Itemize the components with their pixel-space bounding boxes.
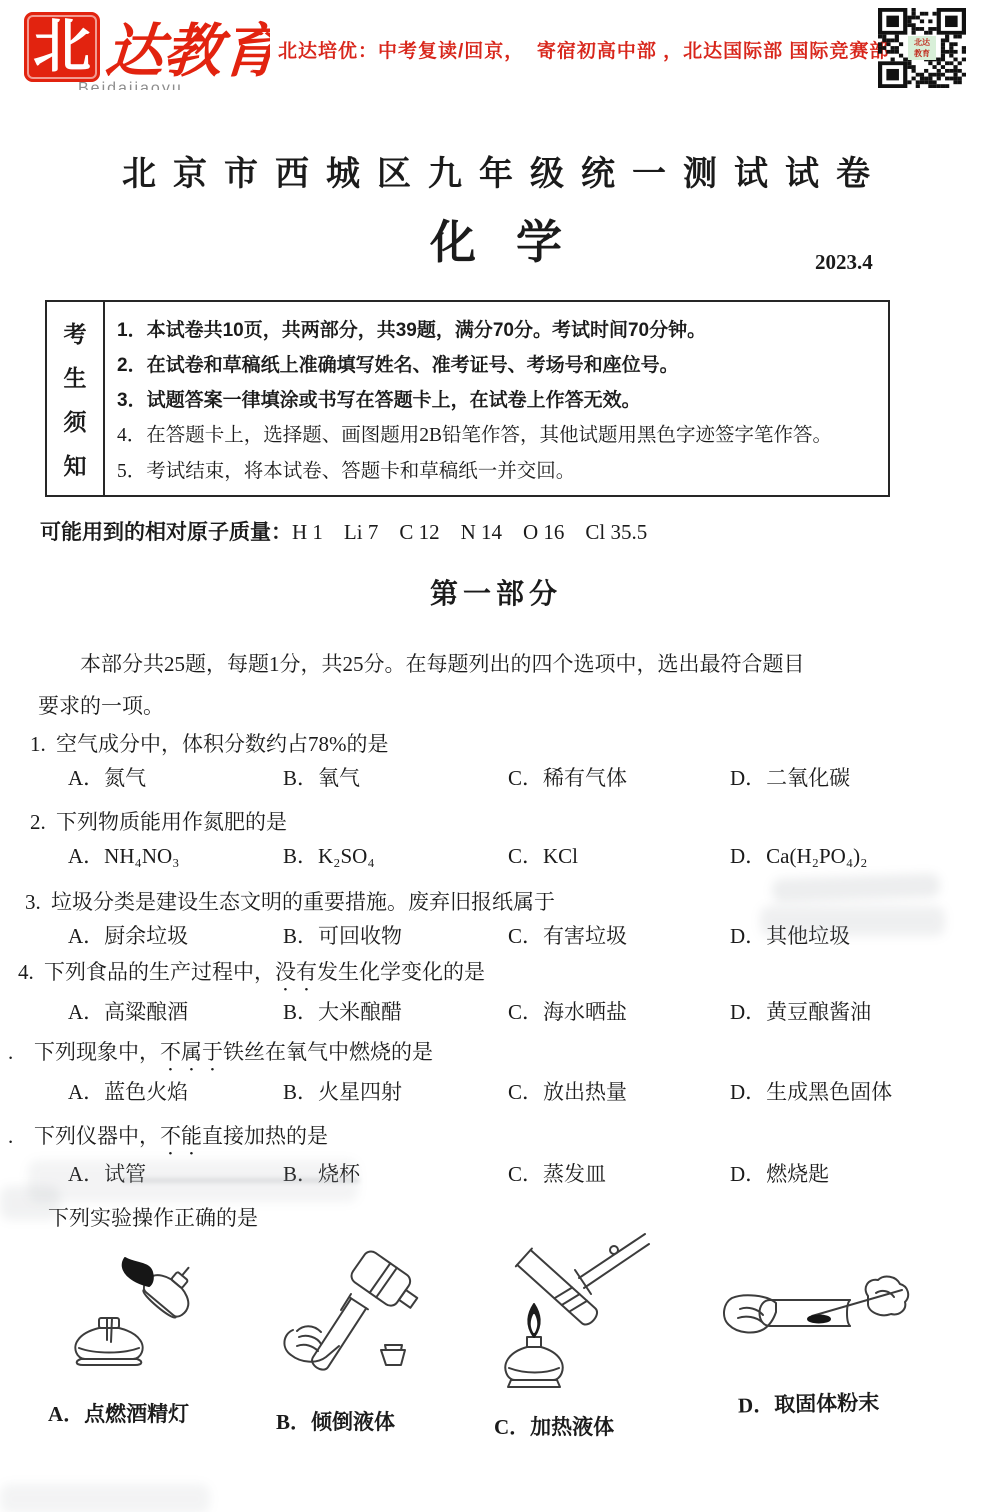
figure-a-label: A．点燃酒精灯 (48, 1398, 189, 1428)
question-text-emphasis: 不属于 (160, 1040, 223, 1064)
option-c: C．蒸发皿 (508, 1158, 730, 1188)
qr-center-line1: 北达 (908, 37, 936, 48)
part1-heading: 第一部分 (0, 572, 992, 612)
question-5-options: A．蓝色火焰 B．火星四射 C．放出热量 D．生成黑色固体 (68, 1076, 978, 1106)
question-7-figures: A．点燃酒精灯 B．倾倒液体 C．加热液体 D．取固体粉末 (0, 1228, 992, 1468)
scan-artifact (772, 873, 941, 903)
atomic-mass-values: H 1 Li 7 C 12 N 14 O 16 Cl 35.5 (292, 520, 647, 544)
option-a: A．厨余垃圾 (68, 920, 283, 950)
option-a: A．NH₄NO₃ (68, 840, 283, 870)
alcohol-lamp-lighting-icon (55, 1256, 215, 1376)
option-b: B．大米酿醋 (283, 996, 508, 1026)
option-c: C．有害垃圾 (508, 920, 730, 950)
question-text: 下列仪器中， (34, 1124, 160, 1148)
question-number: . (8, 1040, 28, 1065)
notice-side-label: 考 生 须 知 (47, 302, 105, 495)
scan-artifact (0, 1186, 60, 1220)
option-b: B．K₂SO₄ (283, 840, 508, 870)
question-text: 下列食品的生产过程中， (44, 960, 275, 984)
scan-artifact (0, 1484, 210, 1512)
figure-c-label: C．加热液体 (494, 1411, 614, 1441)
question-number: 4. (18, 960, 38, 985)
paper-date: 2023.4 (815, 250, 873, 275)
option-c: C．稀有气体 (508, 762, 730, 792)
qr-code: 北达 教育 (878, 8, 966, 88)
scan-artifact (122, 1178, 360, 1183)
question-number: 3. (25, 890, 45, 915)
logo-text: 达教育 (103, 8, 270, 88)
question-text-emphasis: 不能 (160, 1124, 202, 1148)
question-text: 垃圾分类是建设生态文明的重要措施。废弃旧报纸属于 (51, 890, 555, 914)
notice-side-char: 知 (64, 448, 87, 481)
question-text: 下列物质能用作氮肥的是 (56, 810, 287, 834)
notice-item: 2．在试卷和草稿纸上准确填写姓名、准考证号、考场号和座位号。 (117, 350, 882, 377)
option-c: C．放出热量 (508, 1076, 730, 1106)
paper-title: 北京市西城区九年级统一测试试卷 (0, 146, 992, 195)
scan-artifact (760, 906, 945, 936)
logo-subtext: Beidajiaoyu (78, 80, 183, 90)
pouring-liquid-icon (265, 1238, 430, 1390)
option-b: B．火星四射 (283, 1076, 508, 1106)
exam-paper-page: 北 达教育 Beidajiaoyu 北达培优：中考复读/回京， 寄宿初高中部 ，… (0, 0, 992, 1512)
notice-item: 4．在答题卡上，选择题、画图题用2B铅笔作答，其他试题用黑色字迹签字笔作答。 (117, 419, 882, 447)
question-text: 下列现象中， (34, 1040, 160, 1064)
question-text: 发生化学变化的是 (317, 960, 485, 984)
heating-liquid-icon (487, 1228, 652, 1400)
notice-side-char: 生 (64, 360, 87, 393)
question-number: 2. (30, 810, 50, 835)
question-text: 空气成分中，体积分数约占78%的是 (56, 732, 389, 756)
part1-intro-line2: 要求的一项。 (38, 690, 164, 720)
question-text: 下列实验操作正确的是 (48, 1206, 258, 1230)
question-6-stem: .下列仪器中，不能直接加热的是 (8, 1120, 328, 1160)
question-1-options: A．氮气 B．氧气 C．稀有气体 D．二氧化碳 (68, 762, 978, 792)
option-b: B．可回收物 (283, 920, 508, 950)
header-tagline: 北达培优：中考复读/回京， 寄宿初高中部 ，北达国际部 国际竞赛部 (278, 36, 889, 63)
option-a: A．高粱酿酒 (68, 996, 283, 1026)
notice-items: 1．本试卷共10页，共两部分，共39题，满分70分。考试时间70分钟。 2．在试… (105, 302, 888, 495)
qr-center-label: 北达 教育 (908, 36, 936, 60)
taking-powder-icon (718, 1270, 913, 1358)
question-4-stem: 4.下列食品的生产过程中，没有发生化学变化的是 (18, 956, 485, 996)
option-d: D．黄豆酿酱油 (730, 996, 978, 1026)
question-text-emphasis: 没有 (275, 960, 317, 984)
figure-d-label: D．取固体粉末 (738, 1387, 880, 1420)
part1-intro-line1: 本部分共25题，每题1分，共25分。在每题列出的四个选项中，选出最符合题目 (38, 648, 805, 678)
notice-item: 3．试题答案一律填涂或书写在答题卡上，在试卷上作答无效。 (117, 385, 882, 412)
question-text: 直接加热的是 (202, 1124, 328, 1148)
option-a: A．蓝色火焰 (68, 1076, 283, 1106)
notice-side-char: 考 (64, 316, 87, 349)
atomic-mass-label: 可能用到的相对原子质量： (40, 521, 292, 544)
question-text: 铁丝在氧气中燃烧的是 (223, 1040, 433, 1064)
question-5-stem: .下列现象中，不属于铁丝在氧气中燃烧的是 (8, 1036, 433, 1076)
option-d: D．燃烧匙 (730, 1158, 978, 1188)
option-d: D．二氧化碳 (730, 762, 978, 792)
question-2-options: A．NH₄NO₃ B．K₂SO₄ C．KCl D．Ca(H₂PO₄)₂ (68, 840, 978, 870)
option-c: C．KCl (508, 840, 730, 870)
notice-side-char: 须 (64, 404, 87, 437)
option-d: D．Ca(H₂PO₄)₂ (730, 840, 978, 870)
option-b: B．氧气 (283, 762, 508, 792)
beida-logo: 北 达教育 Beidajiaoyu (20, 8, 270, 90)
option-c: C．海水晒盐 (508, 996, 730, 1026)
examinee-notice-box: 考 生 须 知 1．本试卷共10页，共两部分，共39题，满分70分。考试时间70… (45, 300, 890, 497)
question-number: . (8, 1124, 28, 1149)
notice-item: 5．考试结束，将本试卷、答题卡和草稿纸一并交回。 (117, 455, 882, 483)
question-number: 1. (30, 732, 50, 757)
qr-center-line2: 教育 (908, 48, 936, 59)
question-4-options: A．高粱酿酒 B．大米酿醋 C．海水晒盐 D．黄豆酿酱油 (68, 996, 978, 1026)
notice-item: 1．本试卷共10页，共两部分，共39题，满分70分。考试时间70分钟。 (117, 315, 882, 342)
option-a: A．氮气 (68, 762, 283, 792)
atomic-mass-line: 可能用到的相对原子质量：H 1 Li 7 C 12 N 14 O 16 Cl 3… (40, 516, 647, 546)
figure-b-label: B．倾倒液体 (276, 1406, 395, 1436)
logo-seal-icon: 北 (24, 12, 100, 82)
option-d: D．生成黑色固体 (730, 1076, 978, 1106)
